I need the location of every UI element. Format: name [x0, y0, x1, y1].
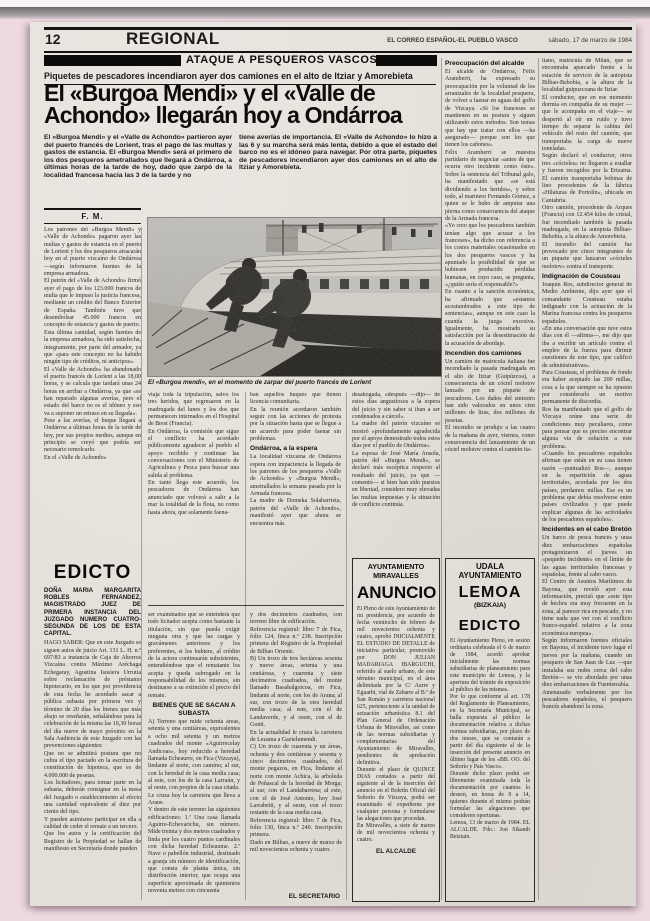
- byline-box: F. M.: [44, 208, 141, 224]
- kicker-label: ATAQUE A PESQUEROS VASCOS: [186, 54, 377, 66]
- masthead: EL CORREO ESPAÑOL-EL PUEBLO VASCO: [365, 37, 540, 44]
- column-3-text-top: ban aquellos buques que tienen licencia …: [250, 392, 341, 443]
- edicto-juzgado-body-2a: ser examinados que se entenderá que todo…: [148, 612, 240, 700]
- article-column-1: Los patrones del «Burgoa Mendi» y «Valle…: [44, 227, 141, 558]
- scanned-newspaper-page: { "header": { "page_number": "12", "sect…: [0, 0, 650, 921]
- article-column-3: ban aquellos buques que tienen licencia …: [250, 392, 341, 602]
- article-column-5: Preocupación del alcalde El alcalde de O…: [445, 58, 535, 556]
- subheading-bienes-subasta: BIENES QUE SE SACAN A SUBASTA: [148, 702, 240, 718]
- column-5-text-2: Un camión de matrícula italiana fue ince…: [445, 359, 535, 454]
- lemoa-town: LEMOA: [450, 584, 530, 602]
- edicto-juzgado-column-3: y dos decímetros cuadrados, con terreno …: [250, 612, 342, 900]
- section-title: REGIONAL: [126, 29, 220, 49]
- newspaper-page: 12 REGIONAL EL CORREO ESPAÑOL-EL PUEBLO …: [30, 22, 636, 906]
- column-4-text: desahogada, «después —dijo— de estos día…: [352, 392, 440, 510]
- main-headline: El «Burgoa Mendi» y el «Valle de Achondo…: [44, 82, 442, 126]
- lemoa-edicto-body: El Ayuntamiento Pleno, en sesión ordinar…: [450, 638, 530, 841]
- edicto-juzgado-title: EDICTO: [44, 562, 141, 583]
- edicto-juzgado-signature: EL SECRETARIO: [289, 893, 340, 900]
- article-column-4: desahogada, «después —dijo— de estos día…: [352, 392, 440, 556]
- edition-date: sábado, 17 de marzo de 1984: [535, 37, 632, 44]
- byline: F. M.: [44, 212, 141, 221]
- edicto-juzgado-column-1: EDICTO DOÑA MARIA MARGARITA ROBLES FERNA…: [44, 562, 141, 900]
- subheading-ondarroa-a-la-espera: Ondárroa, a la espera: [250, 445, 341, 453]
- section-divider-rule: [148, 605, 344, 606]
- lemoa-province: (BIZKAIA): [450, 602, 530, 611]
- edicto-juzgado-body-1: HAGO SABER: Que en este Juzgado se sigue…: [44, 640, 141, 853]
- article-column-6: liano, matrícula de Milán, que se encont…: [542, 58, 632, 900]
- lemoa-edicto-title: EDICTO: [450, 617, 530, 634]
- anuncio-body: El Pleno de este Ayuntamiento de mi pres…: [357, 606, 435, 844]
- lemoa-org-line-2: AYUNTAMIENTO: [450, 572, 530, 581]
- column-3-text-bottom: La localidad vizcaína de Ondárroa espera…: [250, 454, 341, 527]
- lead-intro-left: El «Burgoa Mendi» y el «Valle de Achondo…: [44, 134, 232, 184]
- boat-photo-illustration: [148, 218, 441, 376]
- anuncio-miravalles-box: AYUNTAMIENTO MIRAVALLES ANUNCIO El Pleno…: [352, 558, 440, 902]
- edicto-juzgado-body-3: y dos decímetros cuadrados, con terreno …: [250, 612, 342, 888]
- scanner-edge-white: [0, 0, 650, 7]
- subheading-incendien-dos-camiones: Incendien dos camiones: [445, 350, 535, 358]
- column-rule: [141, 227, 142, 900]
- article-column-2: viaja toda la tripulación, salvo los tre…: [148, 392, 239, 602]
- anuncio-signature: EL ALCALDE: [357, 848, 435, 855]
- anuncio-org-line-2: MIRAVALLES: [357, 572, 435, 581]
- column-rule: [441, 58, 442, 900]
- column-5-text-1: El alcalde de Ondárroa, Félix Aramberri,…: [445, 69, 535, 348]
- column-rule: [346, 392, 347, 900]
- news-photo: [148, 218, 441, 376]
- edicto-juzgado-column-2: ser examinados que se entenderá que todo…: [148, 612, 240, 900]
- column-rule: [245, 392, 246, 900]
- header-bottom-rule: [44, 51, 632, 53]
- edicto-lemoa-box: UDALA AYUNTAMIENTO LEMOA (BIZKAIA) EDICT…: [445, 558, 535, 902]
- subheading-preocupacion-del-alcalde: Preocupación del alcalde: [445, 60, 535, 68]
- kicker-bar-right: [376, 55, 437, 66]
- kicker-bar-left: [44, 55, 181, 66]
- subheading-indignacion-de-cousteau: Indignación de Cousteau: [542, 273, 632, 281]
- edicto-juzgado-body-2b: A) Terreno que mide ochenta áreas, seten…: [148, 719, 240, 895]
- page-number: 12: [45, 31, 61, 47]
- column-6-text-1: liano, matrícula de Milán, que se encont…: [542, 58, 632, 271]
- scanner-edge-shadow: [0, 7, 650, 19]
- photo-caption: El «Burgoa mendi», en el momento de zarp…: [148, 379, 441, 386]
- column-rule: [538, 58, 539, 900]
- column-2-text: viaja toda la tripulación, salvo los tre…: [148, 392, 239, 517]
- lead-intro-right: tiene averías de importancia. El «Valle …: [239, 134, 437, 184]
- column-6-text-3: Un barco de pesca francés y unas diez em…: [542, 535, 632, 711]
- subheading-incidentes-cabo-breton: Incidentes en el cabo Bretón: [542, 526, 632, 534]
- anuncio-title: ANUNCIO: [357, 583, 435, 602]
- column-6-text-2: Joaquín Ros, subdirector general de Medi…: [542, 282, 632, 524]
- edicto-juzgado-intro: DOÑA MARIA MARGARITA ROBLES FERNANDEZ, M…: [44, 587, 141, 637]
